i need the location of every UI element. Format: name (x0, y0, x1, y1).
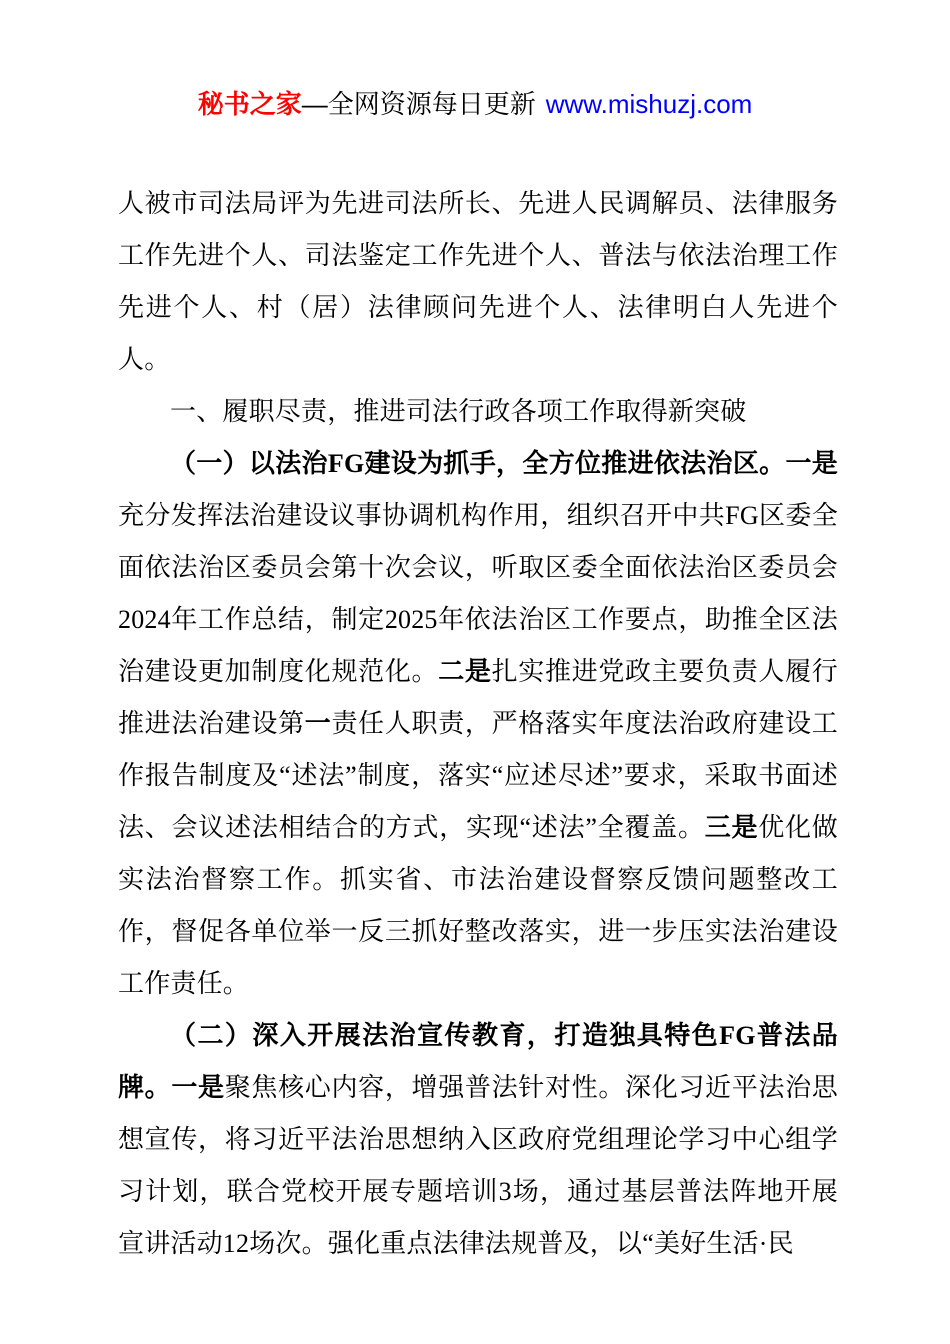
bold-text-segment: 一 (305, 709, 332, 738)
document-body: 人被市司法局评为先进司法所长、先进人民调解员、法律服务工作先进个人、司法鉴定工作… (118, 178, 838, 1270)
paragraph: 人被市司法局评为先进司法所长、先进人民调解员、法律服务工作先进个人、司法鉴定工作… (118, 178, 838, 386)
text-segment: 人被市司法局评为先进司法所长、先进人民调解员、法律服务工作先进个人、司法鉴定工作… (118, 189, 838, 374)
header-separator: — (302, 89, 328, 119)
bold-text-segment: 二是 (438, 657, 491, 686)
paragraph: （一）以法治FG建设为抓手，全方位推进依法治区。一是充分发挥法治建设议事协调机构… (118, 438, 838, 1010)
header-url-link[interactable]: www.mishuzj.com (546, 89, 753, 119)
paragraph: 一、履职尽责，推进司法行政各项工作取得新突破 (118, 386, 838, 438)
header-tagline: 全网资源每日更新 (328, 89, 536, 119)
text-segment: 一、履职尽责，推进司法行政各项工作取得新突破 (170, 397, 746, 426)
document-page: 秘书之家—全网资源每日更新www.mishuzj.com 人被市司法局评为先进司… (0, 0, 950, 1344)
bold-text-segment: （一）以法治FG建设为抓手，全方位推进依法治区。一是 (170, 449, 838, 478)
site-brand: 秘书之家 (198, 89, 302, 119)
bold-text-segment: 三是 (705, 813, 759, 842)
site-header: 秘书之家—全网资源每日更新www.mishuzj.com (0, 0, 950, 122)
paragraph: （二）深入开展法治宣传教育，打造独具特色FG普法品牌。一是聚焦核心内容，增强普法… (118, 1010, 838, 1270)
text-segment: 聚焦核心内容，增强普法针对性。深化习近平法治思想宣传，将习近平法治思想纳入区政府… (118, 1073, 838, 1258)
